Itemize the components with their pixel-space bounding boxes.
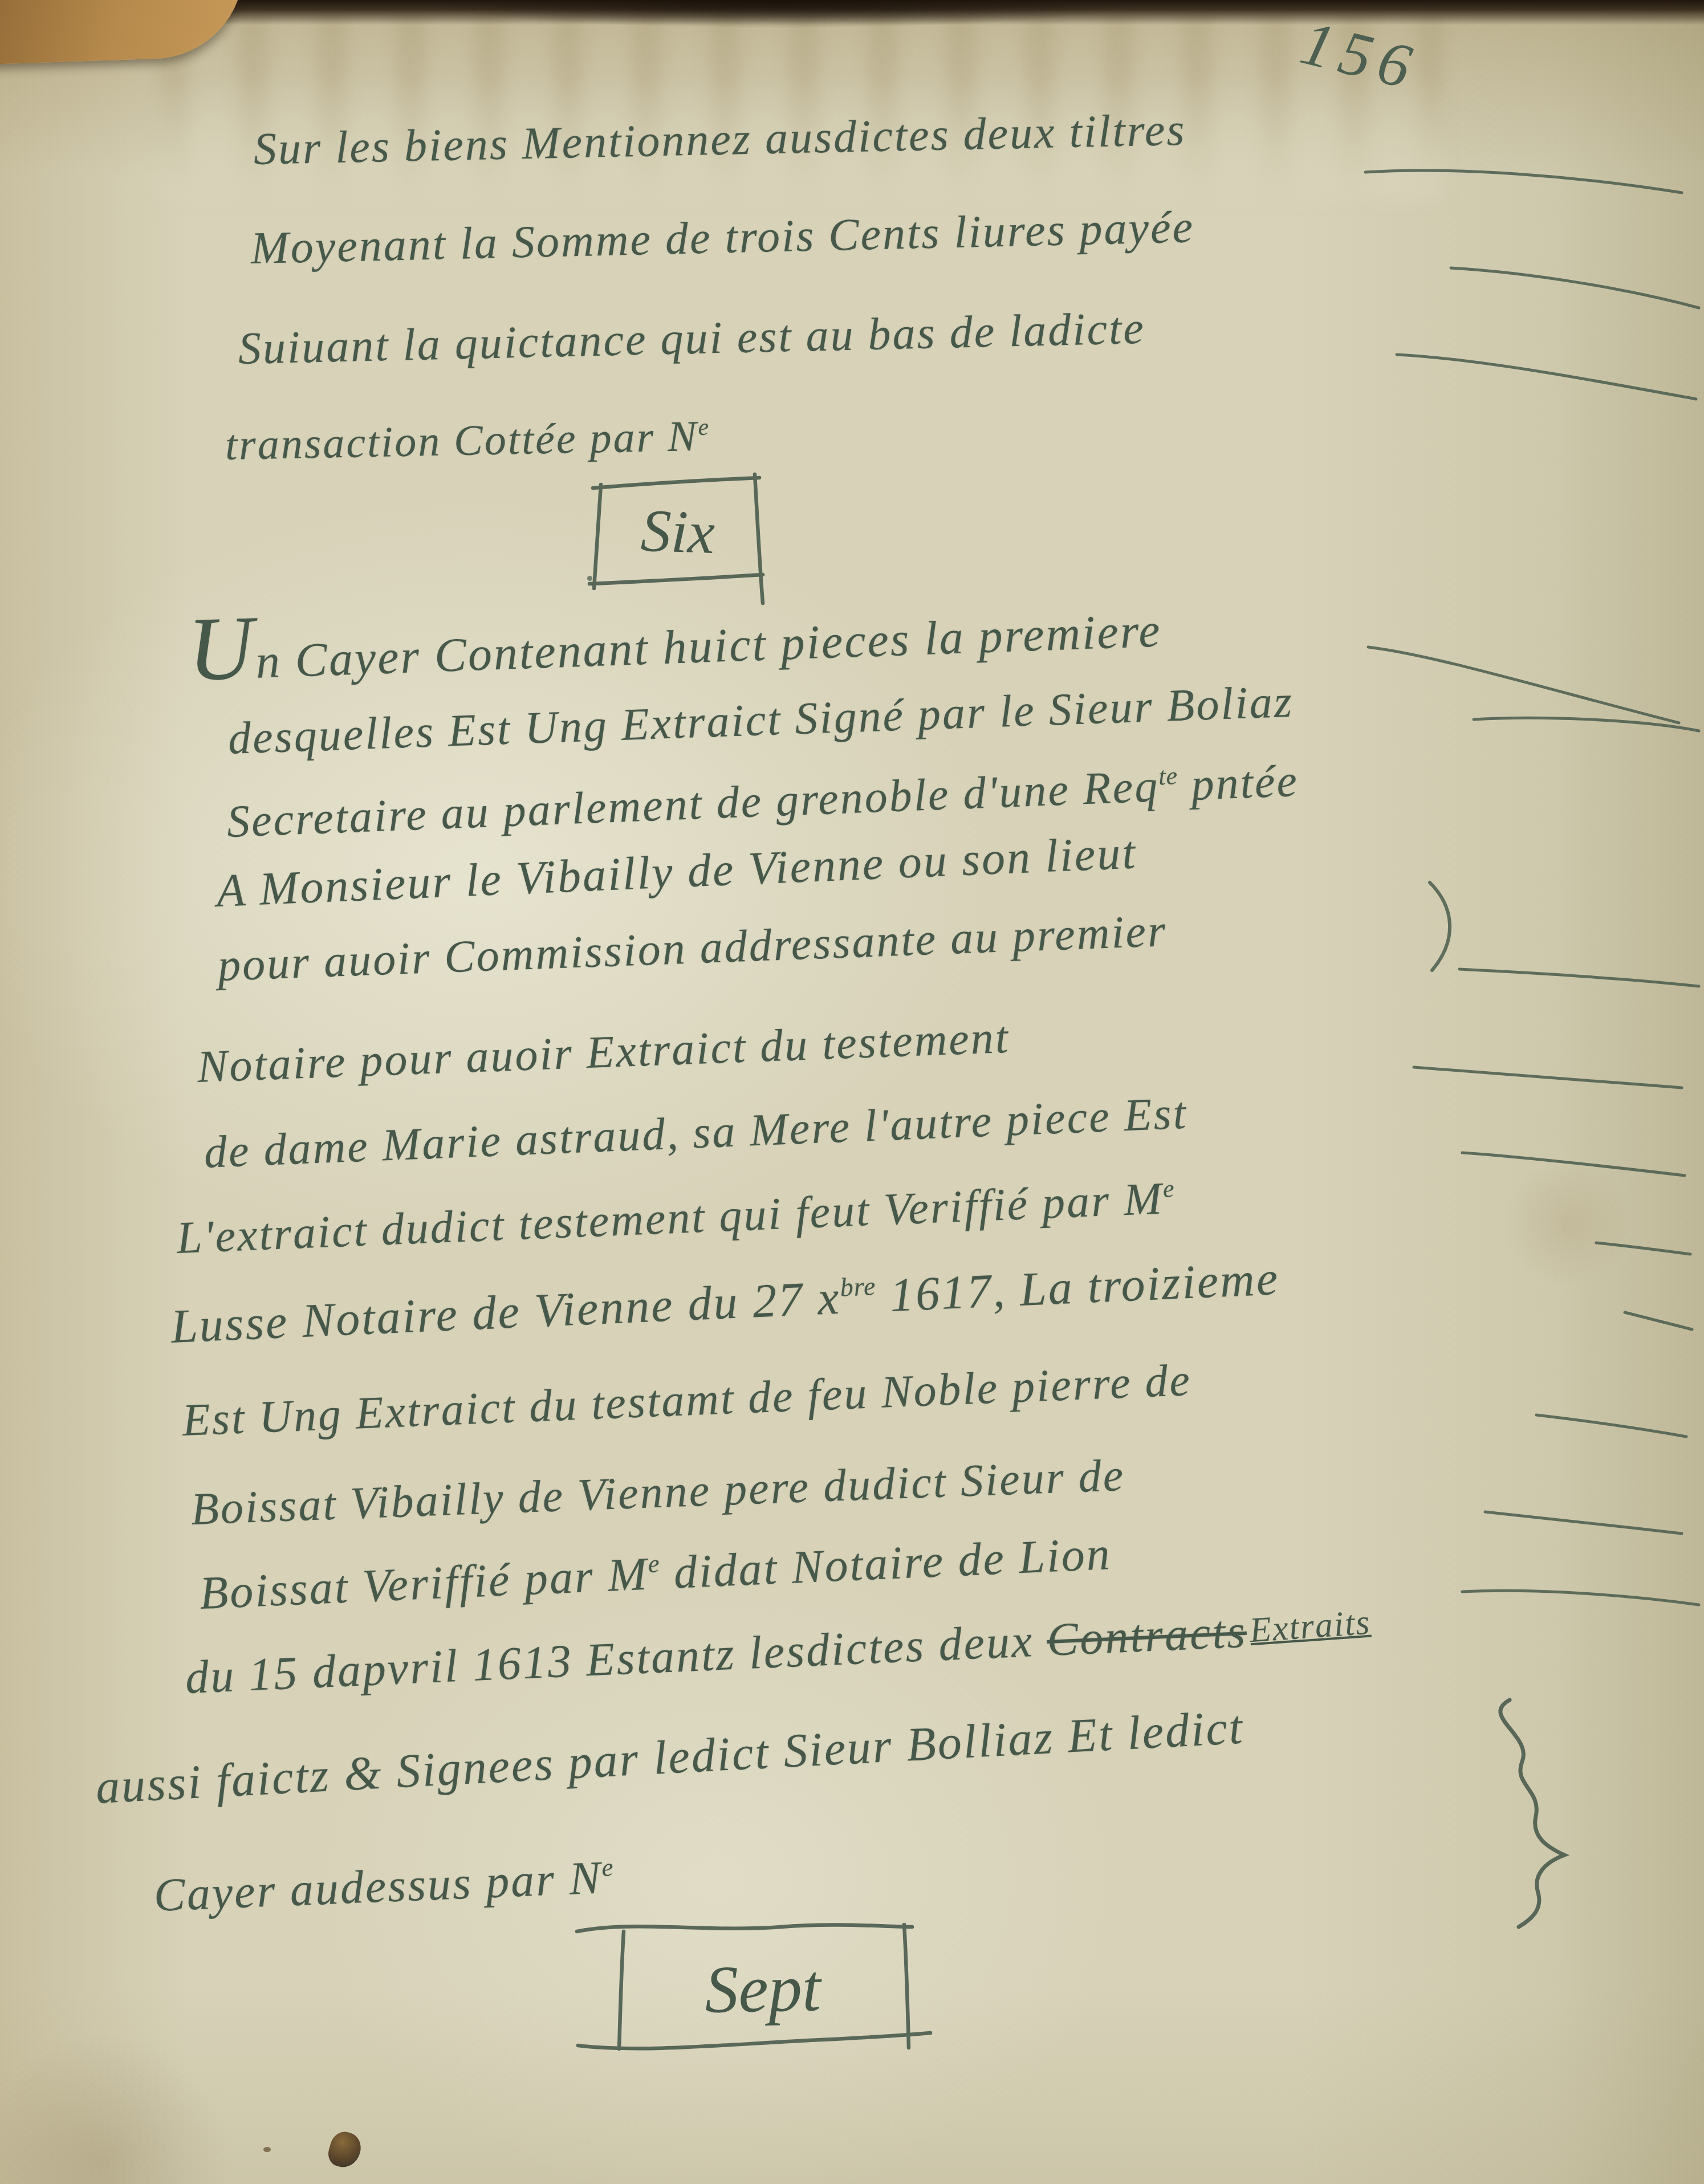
filler-line (1459, 969, 1699, 986)
filler-line (1485, 1512, 1682, 1534)
manuscript-line-15: Boissat Vibailly de Vienne pere dudict S… (190, 1449, 1125, 1536)
manuscript-line-5: Un Cayer Contenant huict pieces la premi… (187, 581, 1162, 692)
filler-line (1596, 1243, 1690, 1254)
filler-line (1451, 268, 1699, 308)
superscript-abbreviation: te (1158, 762, 1178, 790)
filler-line (1474, 718, 1699, 731)
closing-brace-flourish (1500, 1700, 1564, 1927)
interline-correction-word: Extraits (1248, 1603, 1372, 1652)
manuscript-line-9: pour auoir Commission addressante au pre… (217, 905, 1168, 992)
line-text: L'extraict dudict testement qui feut Ver… (176, 1174, 1164, 1263)
line-text: pntée (1177, 756, 1299, 811)
manuscript-line-6: desquelles Est Ung Extraict Signé par le… (227, 676, 1294, 765)
line-text: didat Notaire de Lion (659, 1527, 1112, 1599)
filler-line (1414, 1067, 1682, 1088)
superscript-abbreviation: bre (839, 1271, 876, 1302)
superscript-abbreviation: e (601, 1853, 614, 1882)
line-text: Cayer audessus par N (153, 1851, 603, 1921)
line-end-flourish (1430, 882, 1450, 970)
manuscript-line-12: L'extraict dudict testement qui feut Ver… (176, 1172, 1176, 1264)
filler-line (1462, 1591, 1699, 1605)
manuscript-line-7: Secretaire au parlement de grenoble d'un… (226, 755, 1299, 848)
manuscript-line-2: Moyenant la Somme de trois Cents liures … (250, 201, 1195, 275)
superscript-abbreviation: e (698, 414, 709, 441)
line-text: Boissat Veriffié par M (198, 1548, 649, 1619)
section-marker-sept: Sept (704, 1949, 822, 2029)
ink-blot (326, 2129, 365, 2171)
manuscript-line-18: aussi faictz & Signees par ledict Sieur … (94, 1701, 1245, 1816)
superscript-abbreviation: e (1162, 1174, 1175, 1203)
manuscript-line-11: de dame Marie astraud, sa Mere l'autre p… (203, 1087, 1188, 1179)
filler-line (1536, 1415, 1686, 1437)
line-text: du 15 dapvril 1613 Estantz lesdictes deu… (184, 1614, 1048, 1703)
filler-line (1397, 355, 1696, 399)
manuscript-line-16: Boissat Veriffié par Me didat Notaire de… (198, 1527, 1113, 1620)
struck-through-word: Contracts (1046, 1605, 1248, 1666)
superscript-abbreviation: e (647, 1549, 660, 1578)
manuscript-line-4: transaction Cottée par Ne (225, 412, 710, 471)
filler-line (1462, 1153, 1685, 1176)
manuscript-line-13: Lusse Notaire de Vienne du 27 xbre 1617,… (170, 1251, 1280, 1355)
line-text: transaction Cottée par N (225, 412, 698, 469)
line-text: Lusse Notaire de Vienne du 27 x (170, 1271, 841, 1353)
manuscript-line-14: Est Ung Extraict du testamt de feu Noble… (181, 1354, 1192, 1447)
filler-lines (1365, 170, 1699, 1605)
ink-dot (587, 576, 592, 581)
line-text: 1617, La troizieme (875, 1252, 1280, 1323)
manuscript-line-10: Notaire pour auoir Extraict du testement (196, 1011, 1010, 1093)
filler-line (1368, 647, 1679, 723)
book-gutter-shadow-center (296, 0, 1266, 38)
section-marker-sept-box: Sept (619, 1934, 906, 2045)
manuscript-page: 156 (0, 0, 1704, 2184)
ink-speck (263, 2147, 271, 2152)
manuscript-line-17: du 15 dapvril 1613 Estantz lesdictes deu… (184, 1605, 1248, 1705)
manuscript-line-3: Suiuant la quictance qui est au bas de l… (238, 302, 1146, 375)
section-marker-six: Six (640, 496, 716, 568)
filler-line (1625, 1312, 1692, 1329)
manuscript-line-19: Cayer audessus par Ne (153, 1850, 615, 1923)
section-marker-six-box: Six (596, 477, 760, 587)
